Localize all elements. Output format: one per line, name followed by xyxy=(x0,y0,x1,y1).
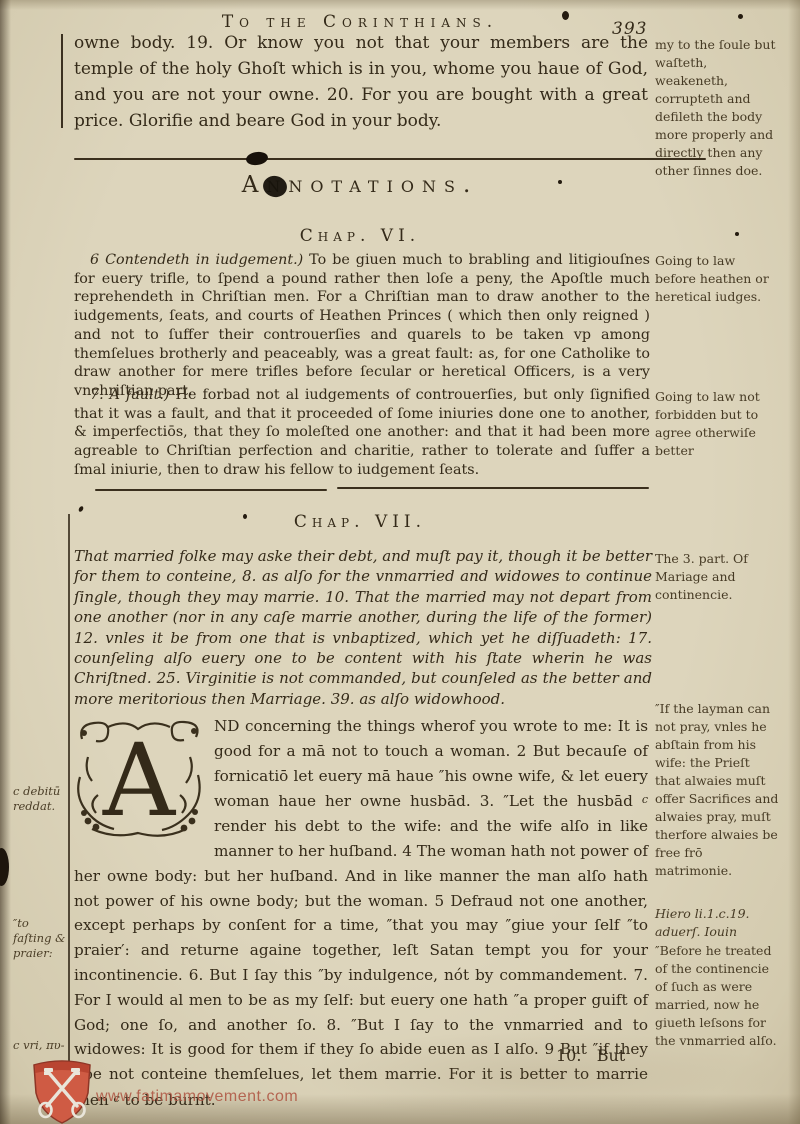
margin-note-mariage-part: The 3. part. Of Mariage and continencie. xyxy=(655,550,779,604)
scan-edge-blemish xyxy=(0,848,9,886)
scan-smudge xyxy=(300,1030,780,1120)
drop-cap-ornament: A xyxy=(74,717,204,843)
margin-note-citation: Hiero li.1.c.19. aduerſ. Iouin xyxy=(655,905,779,941)
speck xyxy=(558,180,562,184)
speck xyxy=(735,232,739,236)
horizontal-rule-mid-left xyxy=(95,489,327,491)
left-margin-note-debitum: c debitū reddat. xyxy=(13,784,69,814)
chapter-argument: That married folke may aske their debt, … xyxy=(74,546,652,709)
running-title: To the Corinthians. xyxy=(74,12,646,32)
watermark-url: www.fatimamovement.com xyxy=(96,1088,298,1106)
crossed-keys-shield-logo xyxy=(30,1056,94,1124)
annotations-heading: Annotations. xyxy=(74,172,646,198)
speck xyxy=(738,14,743,19)
chap-vii-heading: Chap. VII. xyxy=(74,512,646,532)
speck xyxy=(562,11,569,20)
left-margin-note-uri: c vri, πυ- xyxy=(13,1038,69,1053)
chap-vi-heading: Chap. VI. xyxy=(74,226,646,246)
drop-cap-letter: A xyxy=(102,722,177,839)
margin-note-layman: ″If the layman can not pray, vnles he ab… xyxy=(655,700,779,880)
text-border-line-top xyxy=(61,34,63,128)
book-page-scan: To the Corinthians. 393 owne body. 19. O… xyxy=(0,0,800,1124)
annotation-6-paragraph: 6 Contendeth in iudgement.) To be giuen … xyxy=(74,251,650,401)
horizontal-rule-top xyxy=(74,158,706,160)
margin-note-going-to-law-1: Going to law before heathen or heretical… xyxy=(655,252,779,306)
horizontal-rule-mid-right xyxy=(337,487,649,489)
margin-note-going-to-law-2: Going to law not forbidden but to agree … xyxy=(655,388,779,460)
speck xyxy=(243,514,247,519)
annotation-7-paragraph: 7. A fault.) He forbad not al iudgements… xyxy=(74,386,650,480)
left-margin-note-fasting: ″to faſting & praier: xyxy=(13,916,69,961)
ink-blob xyxy=(245,151,269,167)
intro-paragraph: owne body. 19. Or know you not that your… xyxy=(74,30,648,134)
